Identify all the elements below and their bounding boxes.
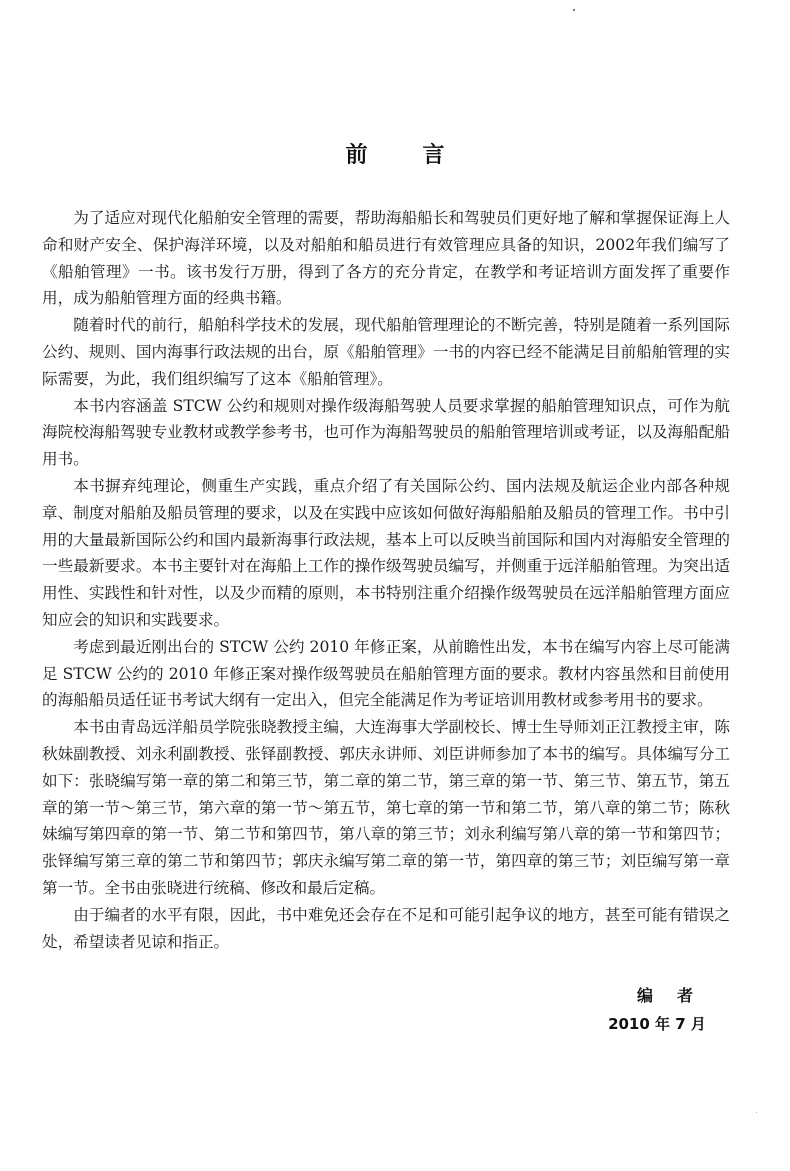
paragraph-apology: 由于编者的水平有限，因此，书中难免还会存在不足和可能引起争议的地方，甚至可能有错…: [42, 902, 730, 956]
paragraph-authors: 本书由青岛远洋船员学院张晓教授主编，大连海事大学副校长、博士生导师刘正江教授主审…: [42, 714, 730, 902]
paragraph-purpose: 为了适应对现代化船舶安全管理的需要，帮助海船船长和驾驶员们更好地了解和掌握保证海…: [42, 205, 730, 312]
signature-editor-char-2: 者: [677, 986, 693, 1005]
signature-date: 2010 年 7 月: [592, 1012, 722, 1036]
scan-speck: [573, 9, 575, 11]
page-title-char-2: 言: [423, 141, 445, 171]
preface-body: 为了适应对现代化船舶安全管理的需要，帮助海船船长和驾驶员们更好地了解和掌握保证海…: [42, 205, 730, 955]
signature-editor: 编者: [600, 984, 730, 1008]
scan-speck: [756, 1112, 757, 1113]
page-title: 前言: [0, 141, 790, 171]
paragraph-background: 随着时代的前行，船舶科学技术的发展，现代船舶管理理论的不断完善，特别是随着一系列…: [42, 312, 730, 392]
signature-editor-char-1: 编: [637, 986, 653, 1005]
page-title-char-1: 前: [345, 141, 367, 171]
document-page: 前言 为了适应对现代化船舶安全管理的需要，帮助海船船长和驾驶员们更好地了解和掌握…: [0, 0, 790, 1171]
paragraph-stcw-amendment: 考虑到最近刚出台的 STCW 公约 2010 年修正案，从前瞻性出发，本书在编写…: [42, 634, 730, 714]
paragraph-approach: 本书摒弃纯理论，侧重生产实践，重点介绍了有关国际公约、国内法规及航运企业内部各种…: [42, 473, 730, 634]
paragraph-scope: 本书内容涵盖 STCW 公约和规则对操作级海船驾驶人员要求掌握的船舶管理知识点，…: [42, 393, 730, 473]
